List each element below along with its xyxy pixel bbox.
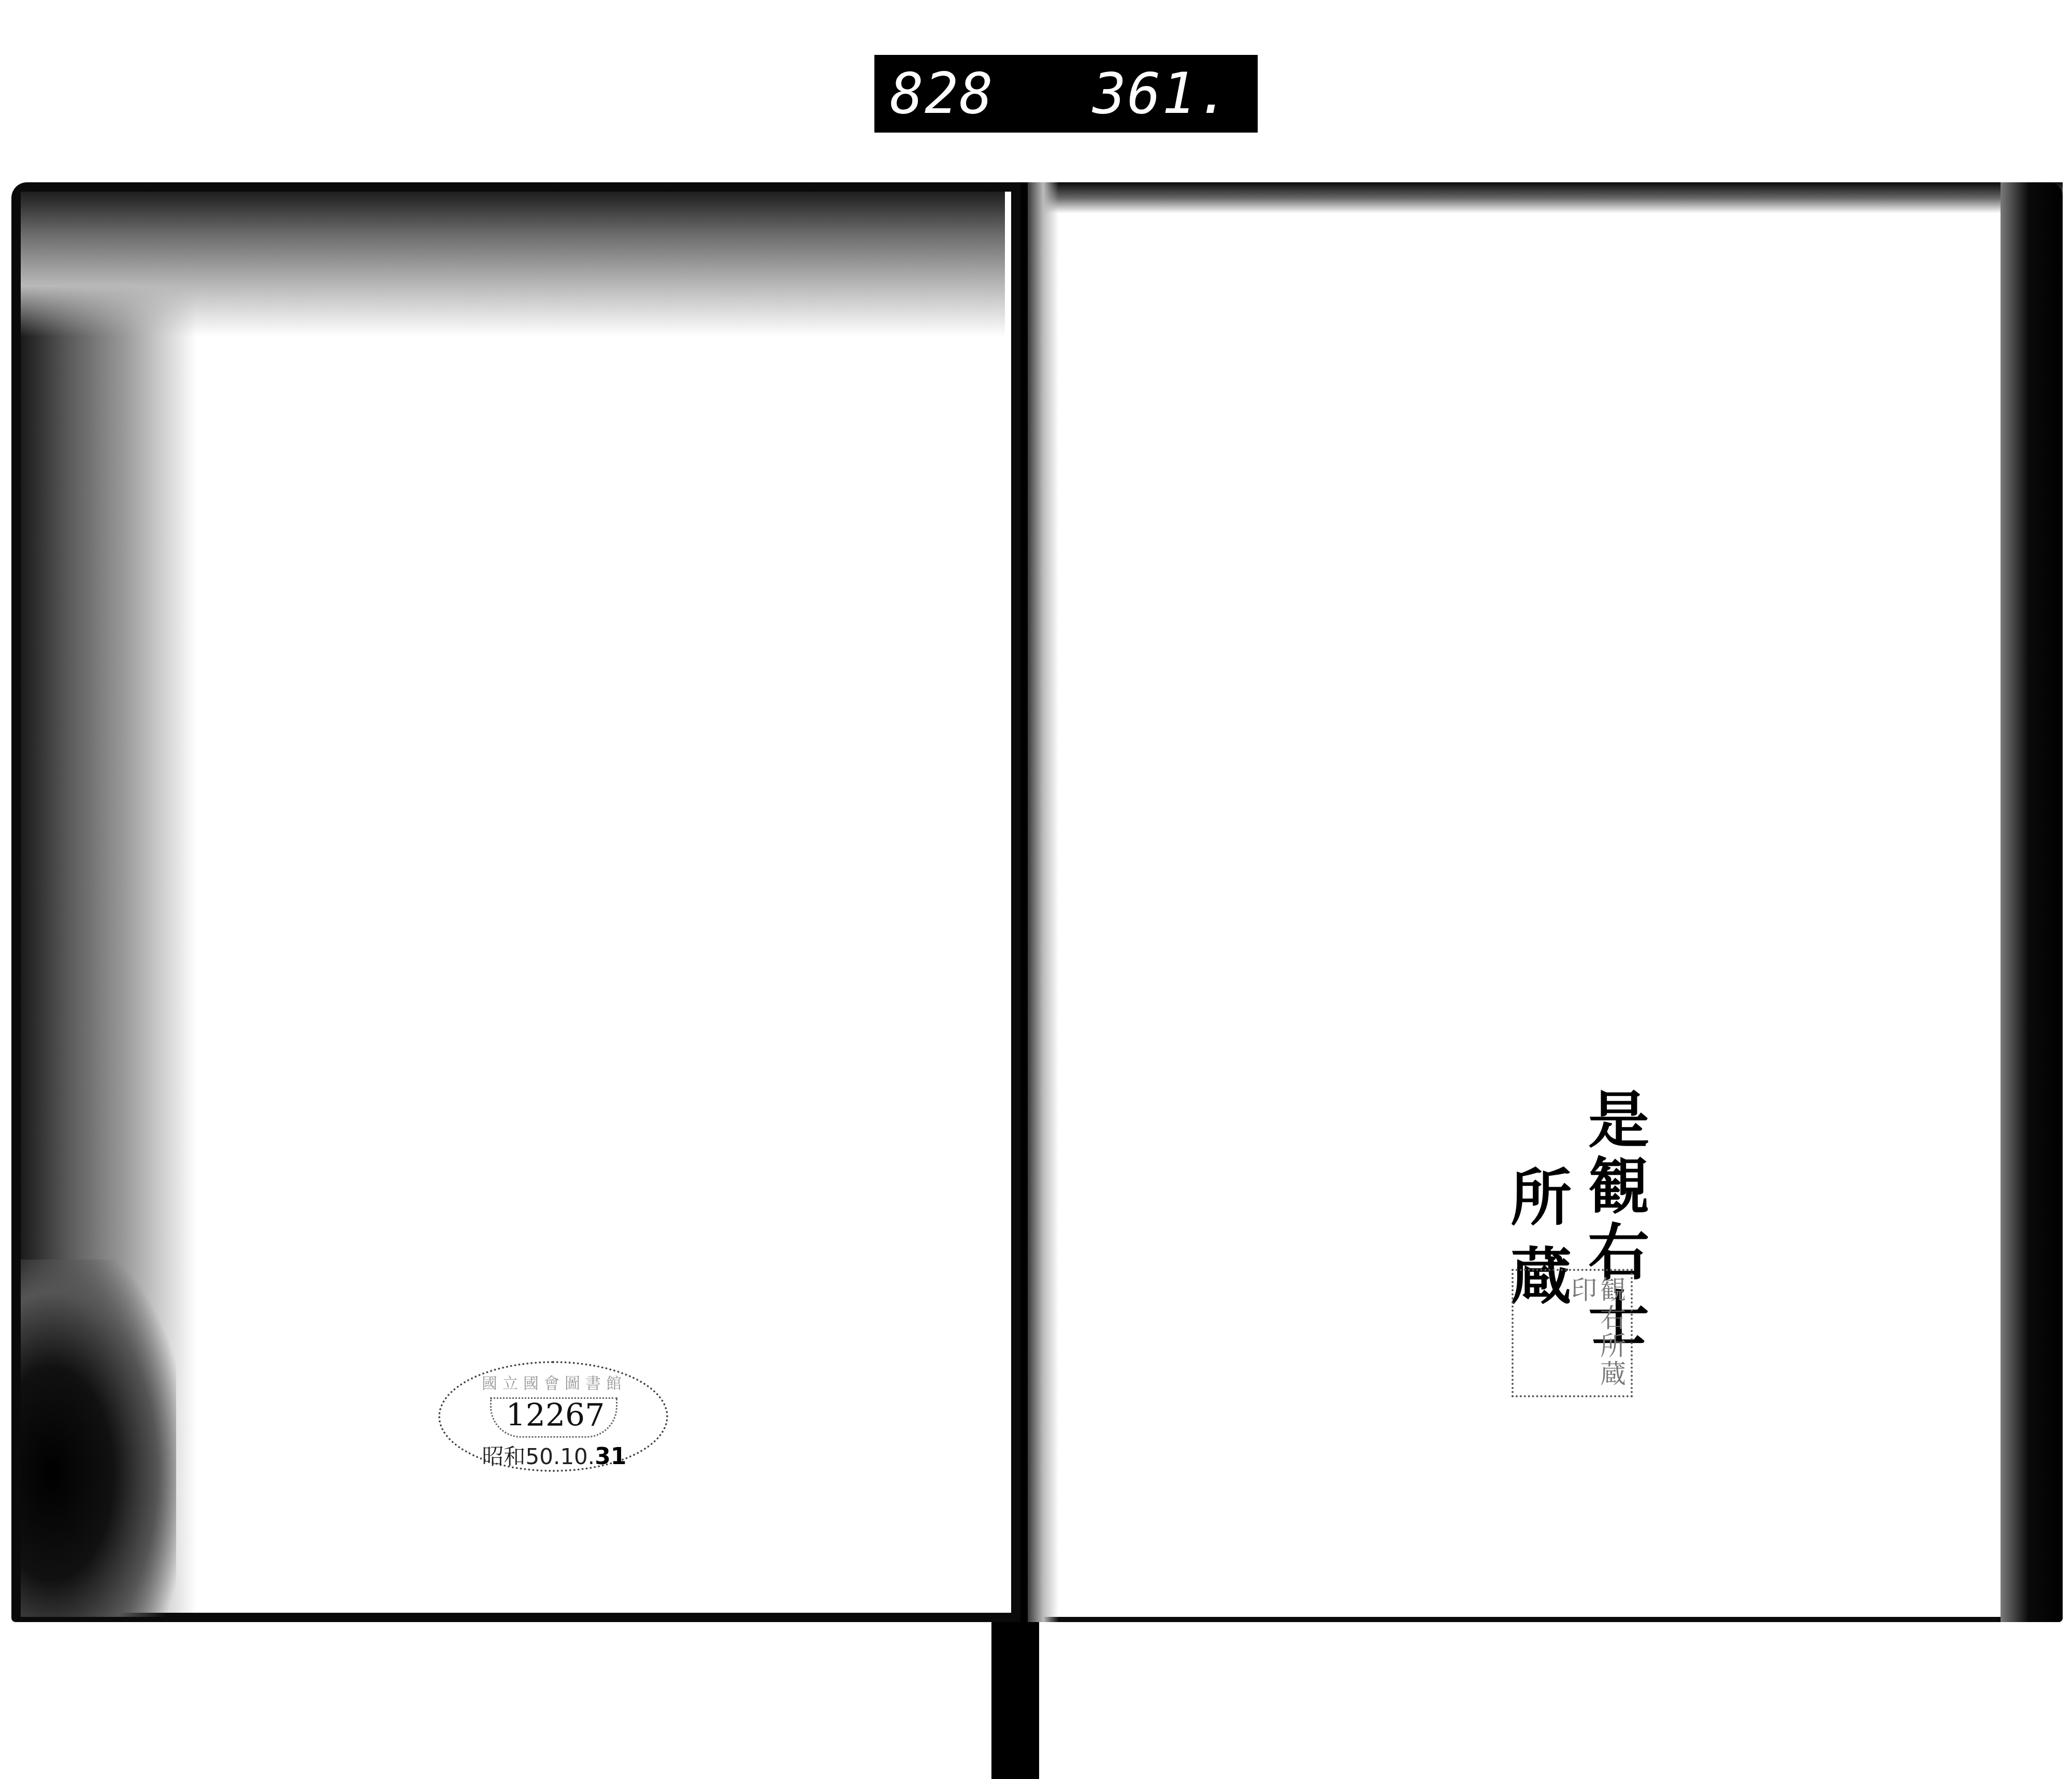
date-year: 50 [526,1444,553,1469]
right-edge-shading [2001,182,2063,1622]
right-top-edge-shading [1028,182,2063,213]
book-spread [11,182,2063,1622]
seal-text: 観右所蔵印 [1519,1276,1625,1390]
call-number-part2: 361. [1092,62,1231,126]
stamp-organization: 國立國會圖書館 [471,1370,637,1393]
date-day: 31 [595,1443,626,1470]
spine-gutter [1020,182,1028,1622]
bookmark-ribbon [991,1622,1039,1779]
gutter-shadow [1028,182,1059,1622]
owner-seal: 観右所蔵印 [1512,1269,1633,1397]
corner-damage [21,1260,176,1617]
date-month: 10 [560,1444,587,1469]
stamp-date: 昭和50.10.31 [466,1440,642,1471]
call-number-label: 828 361. [874,55,1258,133]
date-era: 昭和 [482,1444,526,1469]
library-accession-stamp: 國立國會圖書館 12267 昭和50.10.31 [438,1361,668,1472]
call-number-part1: 828 [890,62,994,126]
top-edge-shading [21,192,1005,337]
accession-number: 12267 [493,1397,617,1434]
